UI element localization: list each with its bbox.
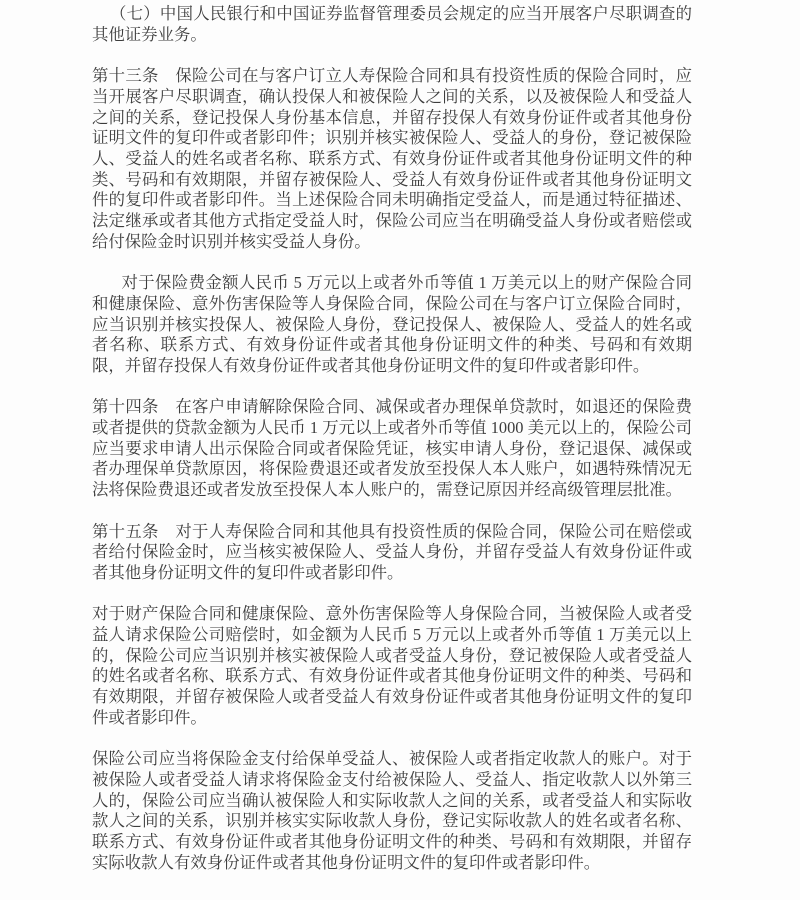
paragraph-article-15-para-2: 对于财产保险合同和健康保险、意外伤害保险等人身保险合同，当被保险人或者受益人请求… (92, 604, 692, 728)
paragraph-item-7: （七）中国人民银行和中国证券监督管理委员会规定的应当开展客户尽职调查的其他证券业… (92, 4, 692, 45)
paragraph-article-13: 第十三条 保险公司在与客户订立人寿保险合同和具有投资性质的保险合同时，应当开展客… (92, 66, 692, 252)
paragraph-article-13-para-2: 对于保险费金额人民币 5 万元以上或者外币等值 1 万美元以上的财产保险合同和健… (92, 273, 692, 377)
document-page: （七）中国人民银行和中国证券监督管理委员会规定的应当开展客户尽职调查的其他证券业… (0, 0, 800, 900)
paragraph-article-15: 第十五条 对于人寿保险合同和其他具有投资性质的保险合同，保险公司在赔偿或者给付保… (92, 522, 692, 584)
paragraph-article-14: 第十四条 在客户申请解除保险合同、减保或者办理保单贷款时，如退还的保险费或者提供… (92, 397, 692, 501)
document-text-column: （七）中国人民银行和中国证券监督管理委员会规定的应当开展客户尽职调查的其他证券业… (0, 0, 800, 873)
paragraph-article-15-para-3: 保险公司应当将保险金支付给保单受益人、被保险人或者指定收款人的账户。对于被保险人… (92, 749, 692, 873)
